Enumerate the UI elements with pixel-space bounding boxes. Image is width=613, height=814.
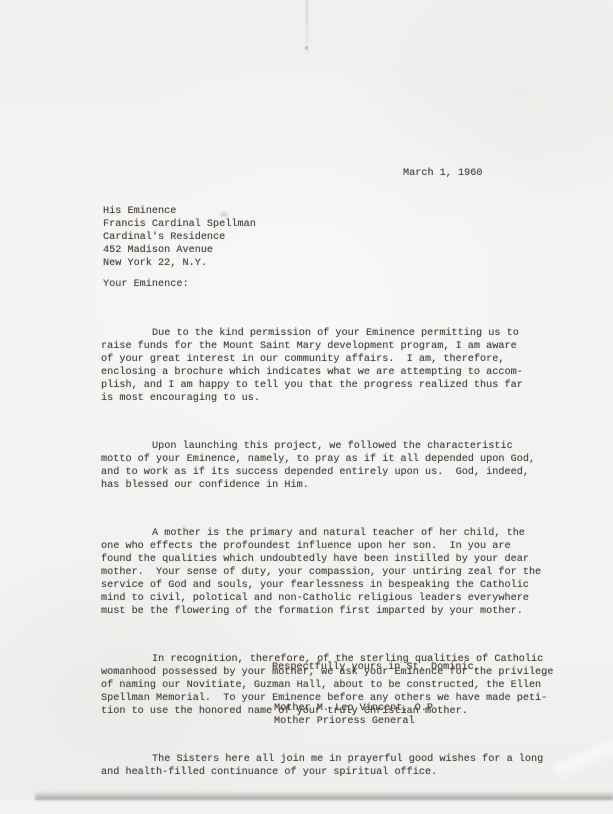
scanned-letter-page: March 1, 1960 His EminenceFrancis Cardin… [0,0,613,800]
text-line: and to work as if its success depended e… [101,466,576,479]
text-line: His Eminence [103,205,256,218]
text-line: 452 Madison Avenue [103,244,256,257]
text-line: motto of your Eminence, namely, to pray … [101,453,576,466]
letter-paragraph-2: Upon launching this project, we followed… [101,440,576,492]
text-line: has blessed our confidence in Him. [101,479,576,492]
recipient-address: His EminenceFrancis Cardinal SpellmanCar… [103,205,256,270]
text-line: plish, and I am happy to tell you that t… [101,379,576,392]
text-line: The Sisters here all join me in prayerfu… [101,753,576,766]
letter-paragraph-5: The Sisters here all join me in prayerfu… [101,753,576,779]
text-line: Mother Prioress General [274,715,439,728]
text-line: is most encouraging to us. [101,392,576,405]
text-line: New York 22, N.Y. [103,257,256,270]
text-line: must be the flowering of the formation f… [101,605,576,618]
text-line: of your great interest in our community … [101,353,576,366]
text-line: Cardinal's Residence [103,231,256,244]
ink-smudge [216,209,232,220]
signature-block: Mother M. Leo Vincent, O.P.Mother Priore… [274,702,439,728]
letter-date: March 1, 1960 [403,167,482,180]
text-line: one who effects the profoundest influenc… [101,540,576,553]
text-line: service of God and souls, your fearlessn… [101,579,576,592]
text-line: Due to the kind permission of your Emine… [101,327,576,340]
text-line: enclosing a brochure which indicates wha… [101,366,576,379]
salutation: Your Eminence: [103,278,189,291]
text-line: and health-filled continuance of your sp… [101,766,576,779]
text-line: mother. Your sense of duty, your compass… [101,566,576,579]
text-line: Upon launching this project, we followed… [101,440,576,453]
letter-paragraph-3: A mother is the primary and natural teac… [101,527,576,618]
text-line: mind to civil, polotical and non-Catholi… [101,592,576,605]
text-line: Francis Cardinal Spellman [103,218,256,231]
scan-speck [305,46,308,50]
page-bottom-edge-shadow [35,791,613,800]
text-line: of naming our Novitiate, Guzman Hall, ab… [101,679,576,692]
text-line: A mother is the primary and natural teac… [101,527,576,540]
text-line: raise funds for the Mount Saint Mary dev… [101,340,576,353]
text-line: found the qualities which undoubtedly ha… [101,553,576,566]
complimentary-closing: Respectfully yours in St. Dominic, [272,661,480,674]
text-line: Mother M. Leo Vincent, O.P. [274,702,439,715]
letter-paragraph-1: Due to the kind permission of your Emine… [101,327,576,405]
